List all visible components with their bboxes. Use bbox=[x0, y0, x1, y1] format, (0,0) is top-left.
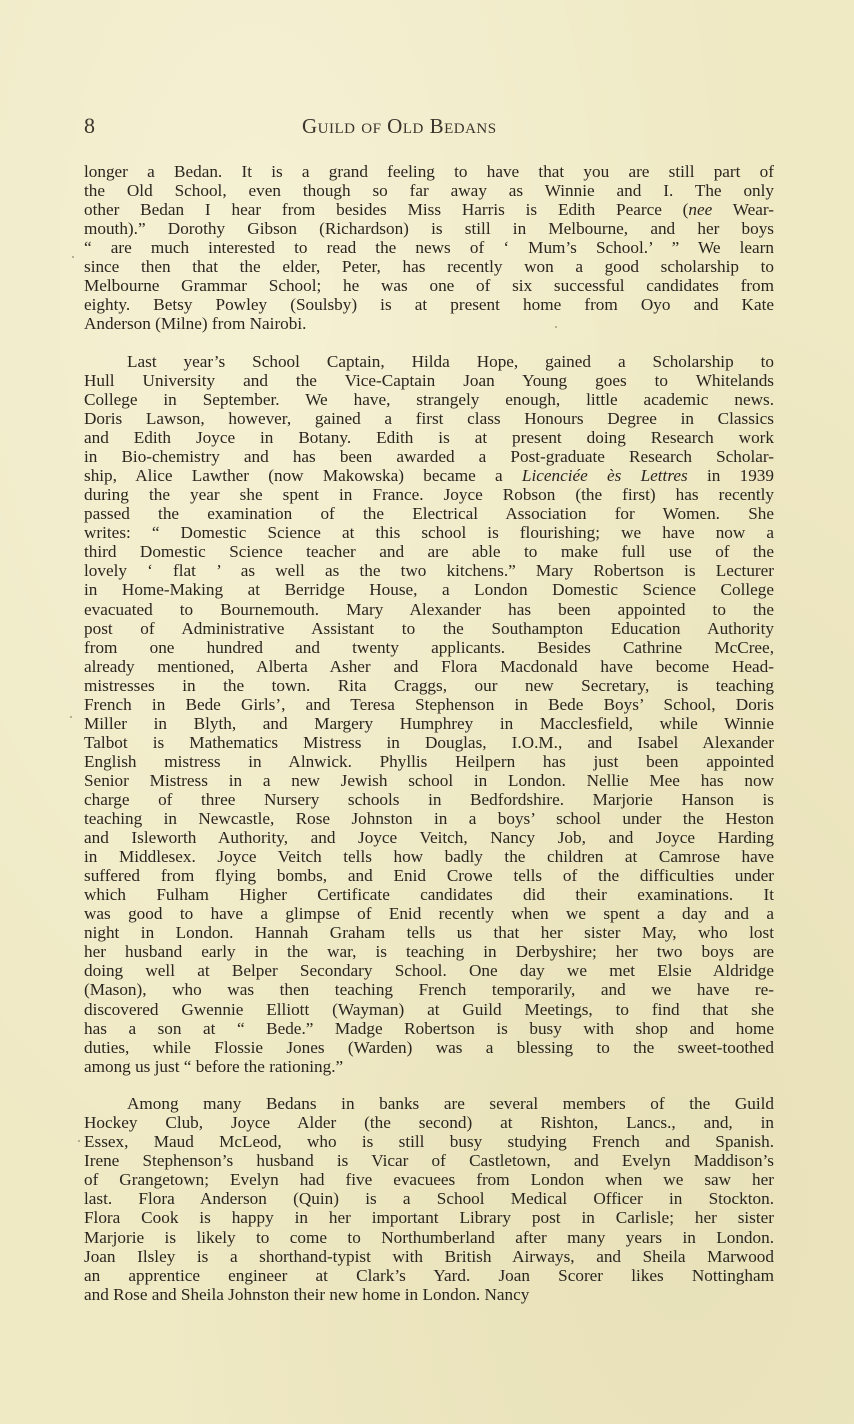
text-line: and Isleworth Authority, and Joyce Veitc… bbox=[84, 828, 774, 847]
running-title: Guild of Old Bedans bbox=[302, 114, 497, 139]
text-line: post of Administrative Assistant to the … bbox=[84, 619, 774, 638]
page-number: 8 bbox=[84, 113, 95, 139]
text-line: of Grangetown; Evelyn had five evacuees … bbox=[84, 1170, 774, 1189]
scan-speck bbox=[70, 716, 72, 718]
text-line: has a son at “ Bede.” Madge Robertson is… bbox=[84, 1019, 774, 1038]
text-line: Marjorie is likely to come to Northumber… bbox=[84, 1228, 774, 1247]
text-line: Essex, Maud McLeod, who is still busy st… bbox=[84, 1132, 774, 1151]
scan-speck bbox=[78, 1140, 80, 1142]
text-line: Flora Cook is happy in her important Lib… bbox=[84, 1208, 774, 1227]
text-line: in Home-Making at Berridge House, a Lond… bbox=[84, 580, 774, 599]
text-line: the Old School, even though so far away … bbox=[84, 181, 774, 200]
text-line: since then that the elder, Peter, has re… bbox=[84, 257, 774, 276]
text-line: already mentioned, Alberta Asher and Flo… bbox=[84, 657, 774, 676]
text-line: Miller in Blyth, and Margery Humphrey in… bbox=[84, 714, 774, 733]
text-line: and Rose and Sheila Johnston their new h… bbox=[84, 1285, 774, 1304]
text-line: charge of three Nursery schools in Bedfo… bbox=[84, 790, 774, 809]
italic-phrase: Licenciée ès Lettres bbox=[522, 466, 688, 485]
text-line: Hull University and the Vice-Captain Joa… bbox=[84, 371, 774, 390]
text-line: mistresses in the town. Rita Craggs, our… bbox=[84, 676, 774, 695]
text-line: Hockey Club, Joyce Alder (the second) at… bbox=[84, 1113, 774, 1132]
text-line: suffered from flying bombs, and Enid Cro… bbox=[84, 866, 774, 885]
text-line: her husband early in the war, is teachin… bbox=[84, 942, 774, 961]
text-line: an apprentice engineer at Clark’s Yard. … bbox=[84, 1266, 774, 1285]
text-line: and Edith Joyce in Botany. Edith is at p… bbox=[84, 428, 774, 447]
text-line: English mistress in Alnwick. Phyllis Hei… bbox=[84, 752, 774, 771]
text-line: during the year she spent in France. Joy… bbox=[84, 485, 774, 504]
paragraph: Last year’s School Captain, Hilda Hope, … bbox=[84, 352, 774, 1076]
scan-speck bbox=[555, 326, 557, 328]
scan-speck bbox=[72, 256, 74, 258]
text-line: mouth).” Dorothy Gibson (Richardson) is … bbox=[84, 219, 774, 238]
text-line: Last year’s School Captain, Hilda Hope, … bbox=[84, 352, 774, 371]
text-line: Senior Mistress in a new Jewish school i… bbox=[84, 771, 774, 790]
text-line: discovered Gwennie Elliott (Wayman) at G… bbox=[84, 1000, 774, 1019]
text-line: which Fulham Higher Certificate candidat… bbox=[84, 885, 774, 904]
text-line: longer a Bedan. It is a grand feeling to… bbox=[84, 162, 774, 181]
text-line: doing well at Belper Secondary School. O… bbox=[84, 961, 774, 980]
text-line: Melbourne Grammar School; he was one of … bbox=[84, 276, 774, 295]
text-line: duties, while Flossie Jones (Warden) was… bbox=[84, 1038, 774, 1057]
text-line: writes: “ Domestic Science at this schoo… bbox=[84, 523, 774, 542]
text-line: in Middlesex. Joyce Veitch tells how bad… bbox=[84, 847, 774, 866]
text-line: third Domestic Science teacher and are a… bbox=[84, 542, 774, 561]
text-line: College in September. We have, strangely… bbox=[84, 390, 774, 409]
text-line: passed the examination of the Electrical… bbox=[84, 504, 774, 523]
text-line: Irene Stephenson’s husband is Vicar of C… bbox=[84, 1151, 774, 1170]
text-line: Anderson (Milne) from Nairobi. bbox=[84, 314, 774, 333]
text-line: among us just “ before the rationing.” bbox=[84, 1057, 774, 1076]
italic-phrase: nee bbox=[688, 200, 712, 219]
text-line: Joan Ilsley is a shorthand-typist with B… bbox=[84, 1247, 774, 1266]
text-line: in Bio-chemistry and has been awarded a … bbox=[84, 447, 774, 466]
text-line: Talbot is Mathematics Mistress in Dougla… bbox=[84, 733, 774, 752]
text-line: other Bedan I hear from besides Miss Har… bbox=[84, 200, 774, 219]
running-head: 8 Guild of Old Bedans bbox=[84, 113, 774, 143]
text-line: last. Flora Anderson (Quin) is a School … bbox=[84, 1189, 774, 1208]
text-line: lovely ‘ flat ’ as well as the two kitch… bbox=[84, 561, 774, 580]
document-page: 8 Guild of Old Bedans longer a Bedan. It… bbox=[0, 0, 854, 1424]
paragraph: longer a Bedan. It is a grand feeling to… bbox=[84, 162, 774, 333]
text-line: was good to have a glimpse of Enid recen… bbox=[84, 904, 774, 923]
text-line: teaching in Newcastle, Rose Johnston in … bbox=[84, 809, 774, 828]
text-line: from one hundred and twenty applicants. … bbox=[84, 638, 774, 657]
text-line: Among many Bedans in banks are several m… bbox=[84, 1094, 774, 1113]
text-line: night in London. Hannah Graham tells us … bbox=[84, 923, 774, 942]
text-line: evacuated to Bournemouth. Mary Alexander… bbox=[84, 600, 774, 619]
text-line: ship, Alice Lawther (now Makowska) becam… bbox=[84, 466, 774, 485]
paragraph: Among many Bedans in banks are several m… bbox=[84, 1094, 774, 1304]
text-line: eighty. Betsy Powley (Soulsby) is at pre… bbox=[84, 295, 774, 314]
text-line: Doris Lawson, however, gained a first cl… bbox=[84, 409, 774, 428]
text-line: “ are much interested to read the news o… bbox=[84, 238, 774, 257]
text-line: (Mason), who was then teaching French te… bbox=[84, 980, 774, 999]
body-text: longer a Bedan. It is a grand feeling to… bbox=[84, 162, 774, 1304]
text-line: French in Bede Girls’, and Teresa Stephe… bbox=[84, 695, 774, 714]
